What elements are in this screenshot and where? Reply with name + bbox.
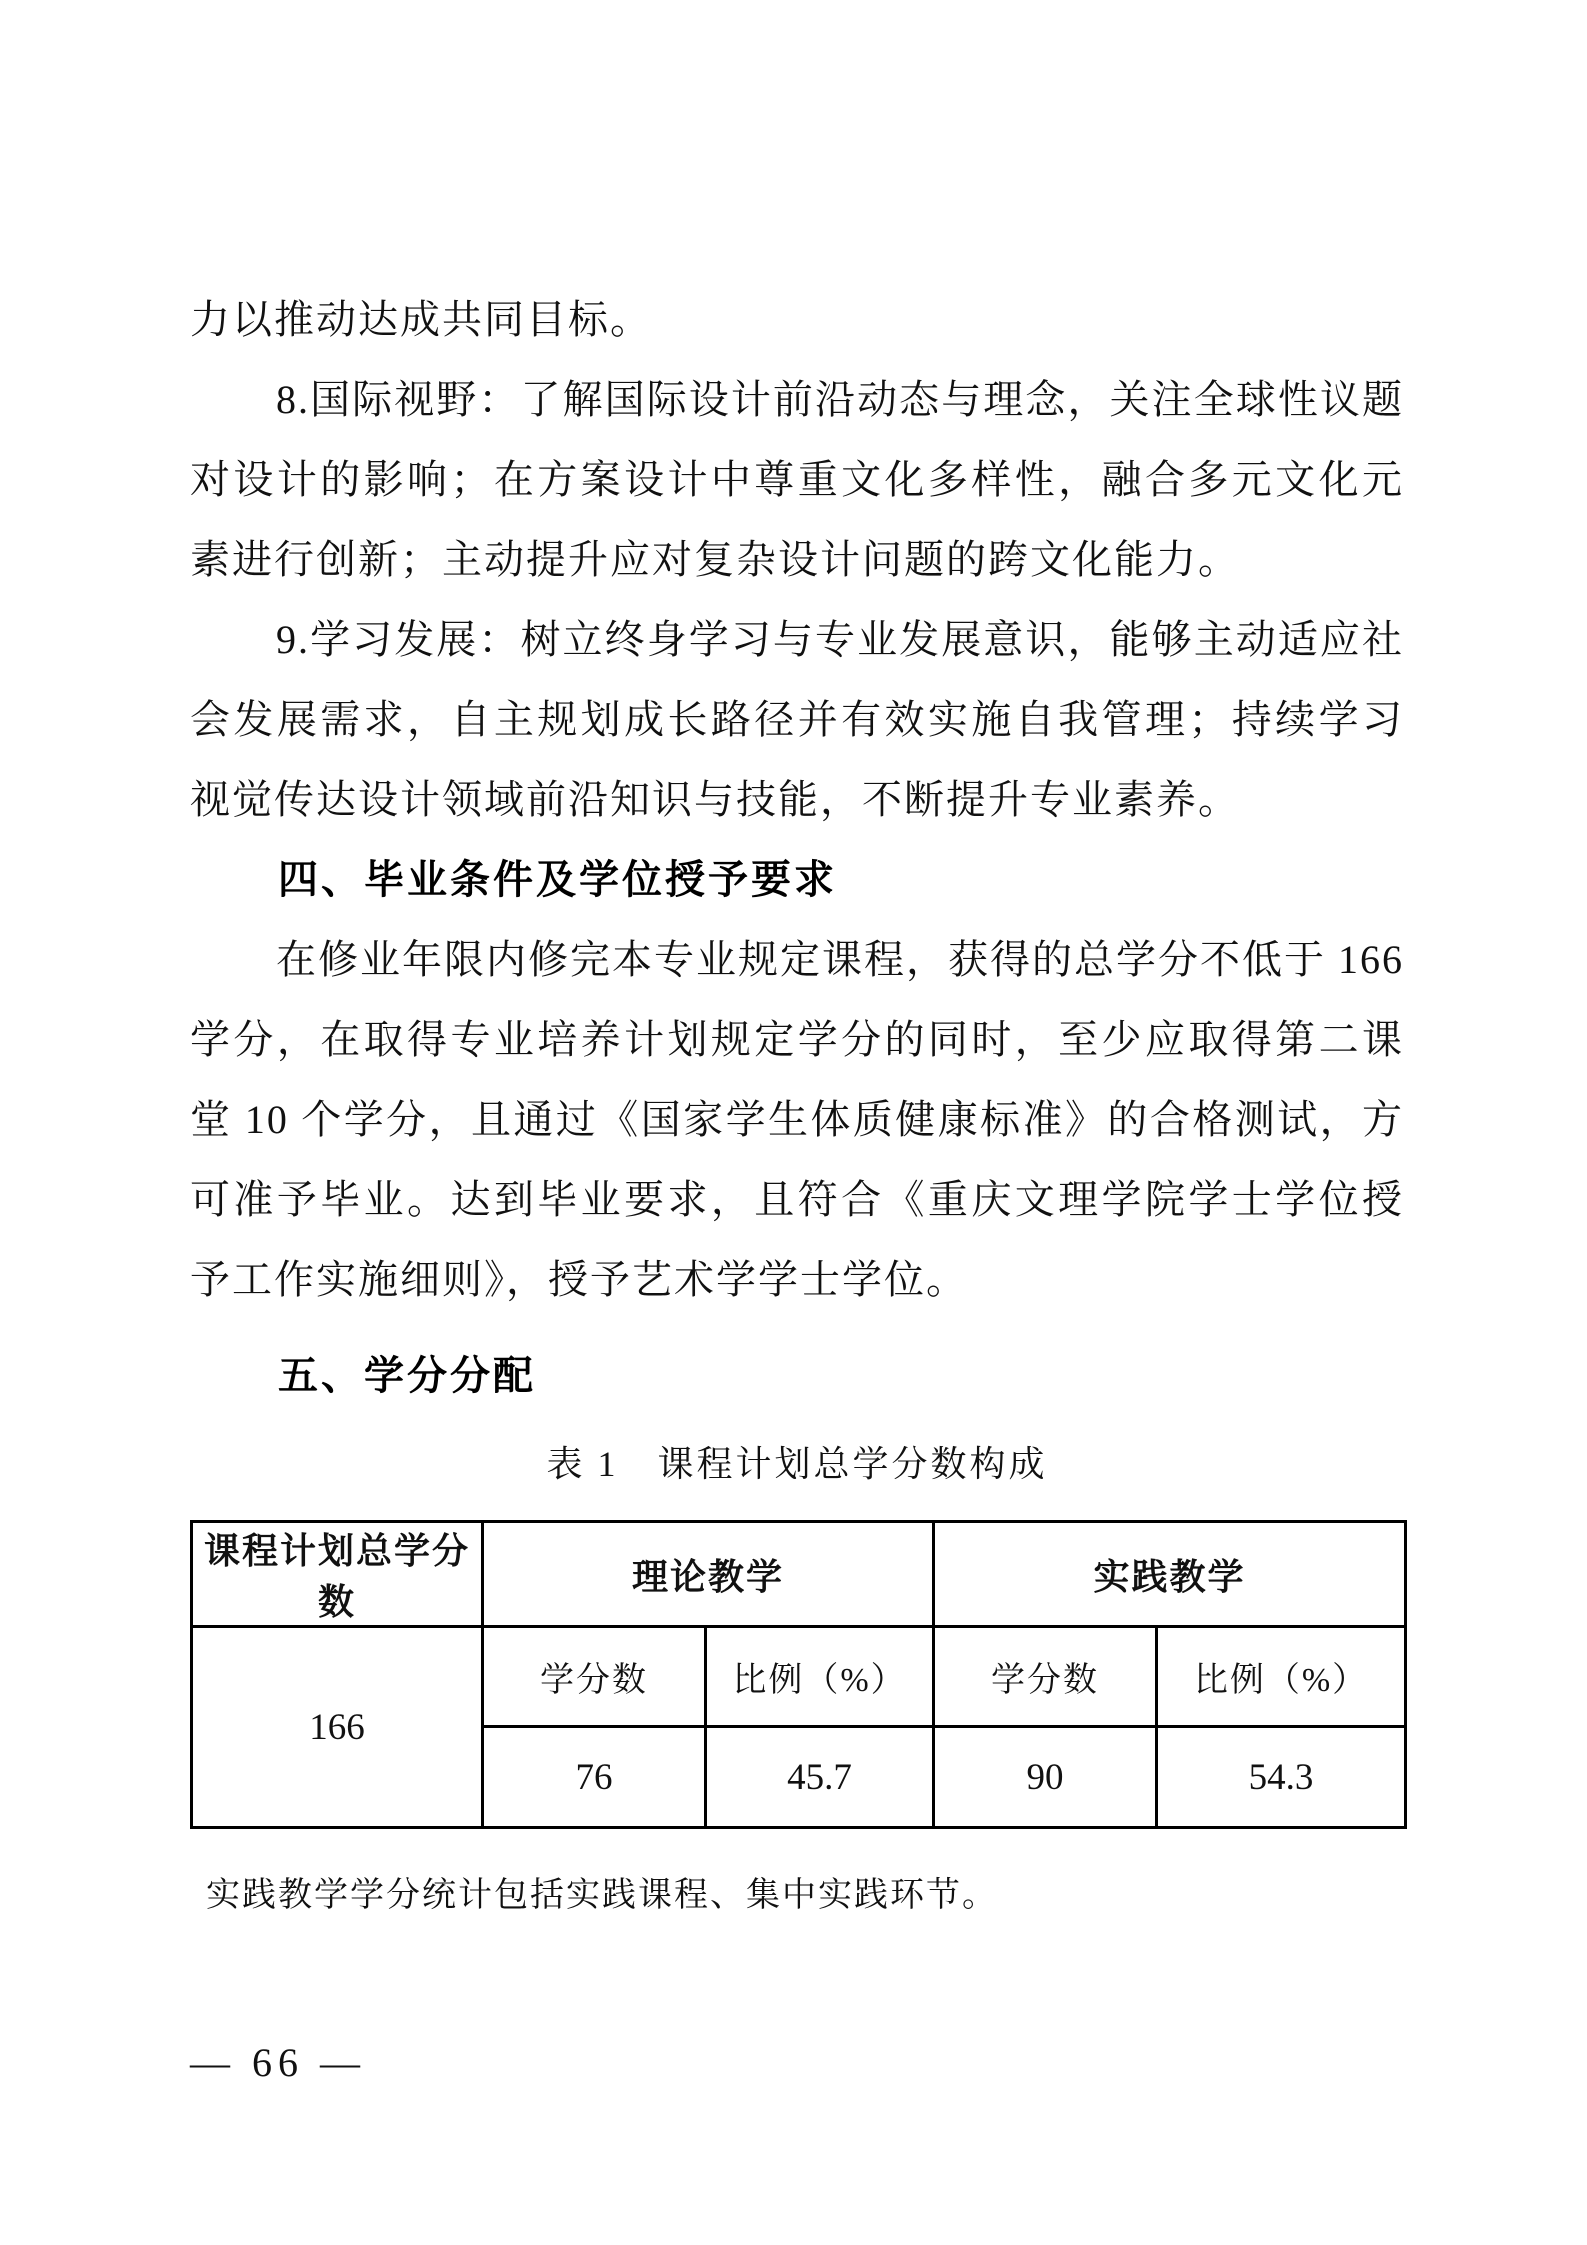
paragraph-line: 力以推动达成共同目标。 (190, 280, 1404, 360)
cell-theory-credits: 76 (483, 1727, 706, 1828)
paragraph-line: 可准予毕业。达到毕业要求，且符合《重庆文理学院学士学位授 (190, 1160, 1404, 1240)
cell-practice-credits: 90 (934, 1727, 1157, 1828)
paragraph-line: 视觉传达设计领域前沿知识与技能，不断提升专业素养。 (190, 760, 1404, 840)
table-subheader-row: 166 学分数 比例（%） 学分数 比例（%） (192, 1627, 1406, 1727)
document-page: 力以推动达成共同目标。 8.国际视野：了解国际设计前沿动态与理念，关注全球性议题… (0, 0, 1587, 2245)
section-heading-credit-allocation: 五、学分分配 (190, 1336, 1404, 1416)
subheader-practice-ratio: 比例（%） (1157, 1627, 1406, 1727)
cell-practice-ratio: 54.3 (1157, 1727, 1406, 1828)
paragraph-line: 9.学习发展：树立终身学习与专业发展意识，能够主动适应社 (190, 600, 1404, 680)
table-header-row: 课程计划总学分数 理论教学 实践教学 (192, 1522, 1406, 1627)
paragraph-line: 在修业年限内修完本专业规定课程，获得的总学分不低于 166 (190, 920, 1404, 1000)
header-total-credits: 课程计划总学分数 (192, 1522, 483, 1627)
paragraph-line: 堂 10 个学分，且通过《国家学生体质健康标准》的合格测试，方 (190, 1080, 1404, 1160)
subheader-practice-credits: 学分数 (934, 1627, 1157, 1727)
paragraph-line: 会发展需求，自主规划成长路径并有效实施自我管理；持续学习 (190, 680, 1404, 760)
paragraph-line: 素进行创新；主动提升应对复杂设计问题的跨文化能力。 (190, 520, 1404, 600)
section-heading-graduation: 四、毕业条件及学位授予要求 (190, 840, 1404, 920)
paragraph-line: 予工作实施细则》，授予艺术学学士学位。 (190, 1240, 1404, 1320)
credits-table: 课程计划总学分数 理论教学 实践教学 166 学分数 比例（%） 学分数 比例（… (190, 1520, 1407, 1829)
table-footnote: 实践教学学分统计包括实践课程、集中实践环节。 (190, 1871, 1404, 1921)
paragraph-line: 8.国际视野：了解国际设计前沿动态与理念，关注全球性议题 (190, 360, 1404, 440)
cell-theory-ratio: 45.7 (706, 1727, 934, 1828)
subheader-theory-ratio: 比例（%） (706, 1627, 934, 1727)
cell-total-credits-value: 166 (192, 1627, 483, 1828)
table-title: 表 1 课程计划总学分数构成 (190, 1424, 1404, 1504)
paragraph-line: 对设计的影响；在方案设计中尊重文化多样性，融合多元文化元 (190, 440, 1404, 520)
page-number: — 66 — (190, 2038, 366, 2088)
subheader-theory-credits: 学分数 (483, 1627, 706, 1727)
paragraph-line: 学分，在取得专业培养计划规定学分的同时，至少应取得第二课 (190, 1000, 1404, 1080)
header-theory: 理论教学 (483, 1522, 934, 1627)
header-practice: 实践教学 (934, 1522, 1406, 1627)
text-column: 力以推动达成共同目标。 8.国际视野：了解国际设计前沿动态与理念，关注全球性议题… (190, 0, 1404, 1921)
